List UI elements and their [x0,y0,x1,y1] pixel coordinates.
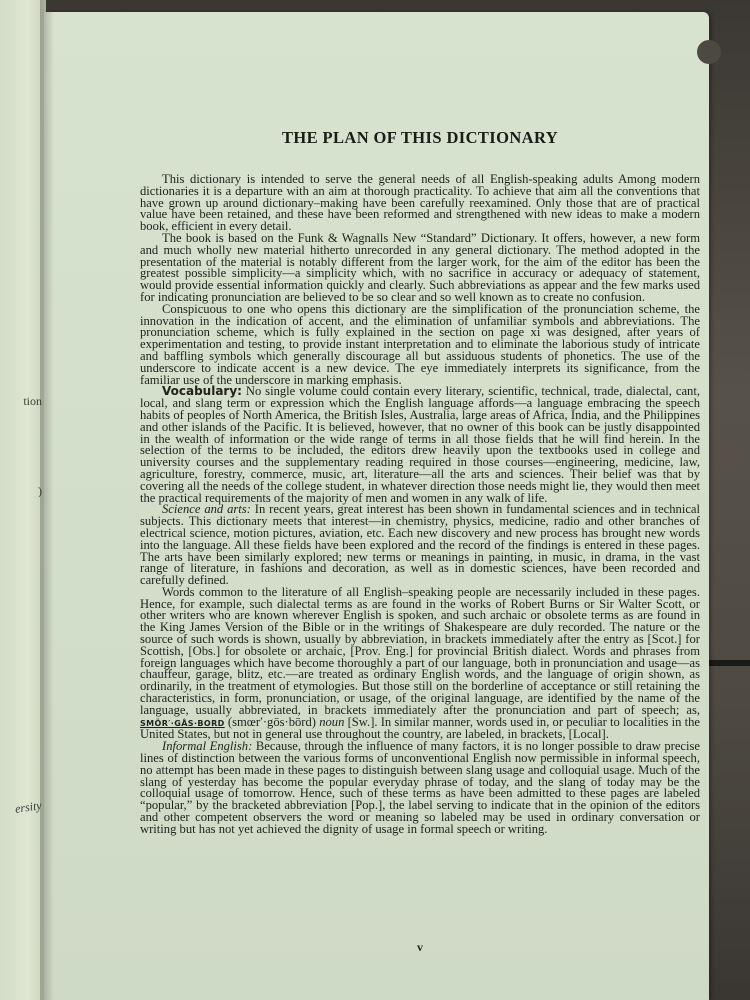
paragraph-text: Conspicuous to one who opens this dictio… [140,302,700,387]
paragraph-text: The book is based on the Funk & Wagnalls… [140,231,700,304]
paragraph-intro: This dictionary is intended to serve the… [140,174,700,233]
page-title: THE PLAN OF THIS DICTIONARY [140,128,700,148]
previous-page-fragment: ersity [14,798,42,817]
paragraph-vocabulary: Vocabulary: No single volume could conta… [140,386,700,504]
paragraph-basis: The book is based on the Funk & Wagnalls… [140,233,700,304]
paragraph-text: Because, through the influence of many f… [140,739,700,836]
gutter-shadow [40,0,54,1000]
paragraph-science-arts: Science and arts: In recent years, great… [140,504,700,587]
paragraph-text: Words common to the literature of all En… [140,585,700,717]
paragraph-text: In recent years, great interest has been… [140,502,700,587]
page-number: v [140,940,700,955]
paragraph-text: This dictionary is intended to serve the… [140,172,700,233]
paragraph-informal-english: Informal English: Because, through the i… [140,741,700,835]
example-headword: SMÖR′·GÅS·BORD [140,719,225,728]
paragraph-text: No single volume could contain every lit… [140,384,700,504]
thumb-index-notch [697,40,721,64]
paragraph-pronunciation: Conspicuous to one who opens this dictio… [140,304,700,387]
dictionary-page: THE PLAN OF THIS DICTIONARY This diction… [44,12,709,1000]
paragraph-foreign-words: Words common to the literature of all En… [140,587,700,741]
body-text: This dictionary is intended to serve the… [140,174,700,836]
